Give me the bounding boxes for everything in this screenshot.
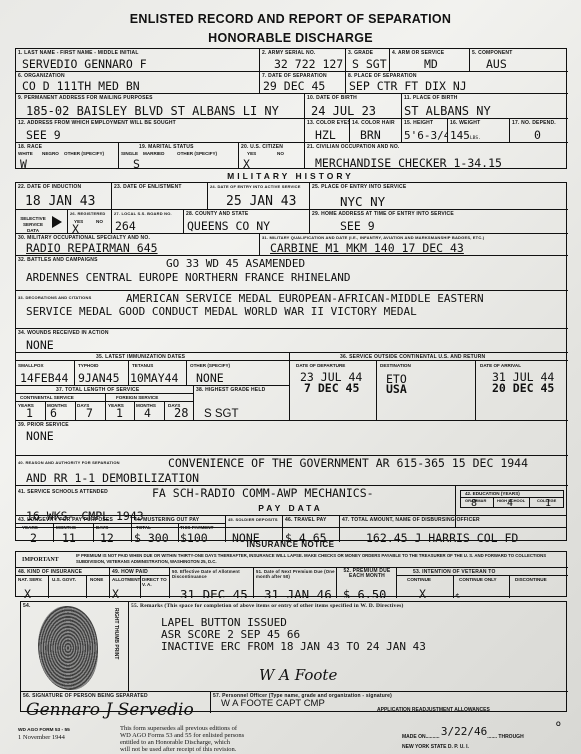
corner-mark: O	[556, 722, 561, 728]
highest-grade-value: S SGT	[204, 408, 239, 420]
field-height: 15. Height 5'6-3/4"	[402, 119, 448, 143]
kind-insurance-value: X	[24, 587, 31, 598]
field-immunization: 35. Latest Immunization Dates Smallpox T…	[16, 353, 290, 386]
organization-value: CO D 111TH MED BN	[22, 79, 140, 93]
field-color-hair: 14. Color Hair BRN	[350, 119, 402, 143]
decorations-line2: SERVICE MEDAL GOOD CONDUCT MEDAL WORLD W…	[26, 305, 417, 318]
foreign-years: 1	[116, 406, 123, 420]
veteran-signature: Gennaro J Servedio	[26, 700, 194, 720]
discharge-form-page: ENLISTED RECORD AND REPORT OF SEPARATION…	[0, 0, 581, 754]
place-birth-value: ST ALBANS NY	[404, 104, 491, 118]
occupational-specialty-value: RADIO REPAIRMAN 645	[26, 241, 158, 255]
tetanus-value: 10MAY44	[130, 371, 178, 385]
component-value: AUS	[486, 57, 507, 71]
field-home-address-entry: 29. Home Address at Time of Entry into S…	[310, 210, 568, 234]
field-permanent-address: 9. Permanent Address for Mailing Purpose…	[16, 94, 305, 119]
form-subtitle: HONORABLE DISCHARGE	[0, 31, 581, 45]
departure-2: 7 DEC 45	[304, 381, 359, 395]
selective-service-data: Selective Service Data	[16, 210, 68, 234]
name-value: SERVEDIO GENNARO F	[22, 57, 147, 71]
continental-months: 6	[50, 406, 57, 420]
destination-2: USA	[386, 382, 407, 396]
field-soldier-deposits: 45. Soldier Deposits NONE	[226, 516, 283, 542]
dependents-value: 0	[534, 128, 541, 142]
made-on-date: 3/22/46	[441, 725, 487, 738]
color-hair-value: BRN	[360, 128, 381, 142]
schools-line1: FA SCH-RADIO COMM-AWP MECHANICS-	[152, 486, 374, 500]
agency-name: NEW YORK STATE D. P. U. I.	[402, 744, 469, 750]
field-prior-service: 39. Prior Service NONE	[16, 421, 568, 456]
battles-note: GO 33 WD 45 ASAMENDED	[166, 257, 305, 270]
smallpox-value: 14FEB44	[20, 371, 68, 385]
date-birth-value: 24 JUL 23	[311, 104, 376, 118]
field-longevity: 43. Longevity for Pay Purposes Years Mon…	[16, 516, 132, 542]
arrow-right-icon	[52, 216, 62, 228]
field-color-eyes: 13. Color Eyes HZL	[305, 119, 350, 143]
field-mustering-out-pay: 44. Mustering Out Pay Total This Payment…	[132, 516, 226, 542]
field-occupational-specialty: 30. Military Occupational Specialty and …	[16, 234, 260, 256]
how-paid-value: X	[112, 587, 119, 598]
arm-service-value: MD	[424, 57, 438, 71]
foreign-days: 28	[174, 406, 188, 420]
field-name: 1. Last Name - First Name - Middle Initi…	[16, 49, 260, 72]
field-allotment-discontinuance: 50. Effective Date of Allotment Disconti…	[170, 568, 254, 598]
field-weight: 16. Weight 145LBS.	[448, 119, 510, 143]
field-highest-grade: 38. Highest Grade Held S SGT	[194, 386, 290, 421]
field-next-premium-due: 51. Date of Next Premium Due (One month …	[254, 568, 337, 598]
thumb-print-label: RIGHT THUMB PRINT	[113, 608, 119, 659]
county-state-value: QUEENS CO NY	[187, 219, 270, 233]
field-how-paid: 49. How Paid Allotment Direct to V. A. X	[110, 568, 170, 598]
officer-signature: W A Foote	[259, 666, 337, 684]
field-county-state: 28. County and State QUEENS CO NY	[184, 210, 310, 234]
field-employment-address: 12. Address from which employment will b…	[16, 119, 305, 143]
field-total-amount: 47. Total Amount, Name of Disbursing Off…	[340, 516, 568, 542]
military-history-section: 22. Date of Induction 18 JAN 43 23. Date…	[15, 182, 567, 528]
insurance-notice-heading: INSURANCE NOTICE	[0, 540, 581, 549]
date-active-service-value: 25 JAN 43	[226, 194, 296, 209]
field-personnel-officer: 57. Personnel Officer (Type name, grade …	[211, 692, 568, 713]
field-us-citizen: 20. U.S. Citizen Yes No X	[239, 143, 305, 168]
form-title: ENLISTED RECORD AND REPORT OF SEPARATION	[0, 12, 581, 26]
place-entry-value: NYC NY	[340, 194, 385, 209]
field-premium-due: 52. Premium Due Each Month $ 6.50	[337, 568, 397, 598]
other-immunization-value: NONE	[196, 371, 224, 385]
field-military-qualification: 31. Military Qualification and Date (i.e…	[260, 234, 568, 256]
place-separation-value: SEP CTR FT DIX NJ	[349, 79, 467, 93]
field-date-separation: 7. Date of Separation 29 DEC 45	[260, 72, 346, 94]
decorations-line1: AMERICAN SERVICE MEDAL EUROPEAN-AFRICAN-…	[126, 292, 484, 305]
field-local-board: 27. Local S.S. Board No. 264	[112, 210, 184, 234]
reason-line2: AND RR 1-1 DEMOBILIZATION	[26, 471, 199, 485]
serial-no-value: 32 722 127	[274, 57, 343, 71]
field-battles-campaigns: 32. Battles and Campaigns GO 33 WD 45 AS…	[16, 256, 568, 291]
color-eyes-value: HZL	[315, 128, 336, 142]
continental-days: 7	[86, 406, 93, 420]
application-made-on: MADE ON.......... 3/22/46....... THROUGH	[402, 728, 524, 741]
field-date-active-service: 24. Date of Entry into Active Service 25…	[208, 183, 310, 210]
civilian-occupation-value: MERCHANDISE CHECKER 1-34.15	[315, 156, 502, 168]
field-marital-status: 19. Marital Status Single Married Other …	[119, 143, 239, 168]
intention-continue-only-value: $	[455, 592, 460, 598]
field-organization: 6. Organization CO D 111TH MED BN	[16, 72, 260, 94]
weight-value: 145LBS.	[450, 129, 481, 142]
marital-status-value: S	[133, 157, 140, 168]
field-service-outside-us: 36. Service Outside Continental U.S. and…	[290, 353, 568, 421]
pay-data-section: 43. Longevity for Pay Purposes Years Mon…	[15, 515, 567, 541]
field-civilian-occupation: 21. Civilian Occupation and No. MERCHAND…	[305, 143, 568, 168]
date-induction-value: 18 JAN 43	[25, 194, 95, 209]
local-board-value: 264	[115, 219, 136, 233]
remarks-section: 54. RIGHT THUMB PRINT 55. Remarks (This …	[20, 601, 567, 712]
allotment-discontinuance-value: 31 DEC 45	[180, 587, 248, 598]
field-race: 18. Race White Negro Other (specify) W	[16, 143, 119, 168]
personnel-officer-value: W A FOOTE CAPT CMP	[221, 698, 325, 709]
form-id: WD AGO FORM 53 - 55 1 November 1944	[18, 727, 70, 741]
field-registered: 26. Registered Yes No X	[68, 210, 112, 234]
insurance-notice: IMPORTANT IF PREMIUM IS NOT PAID WHEN DU…	[16, 552, 568, 568]
field-grade: 3. Grade S SGT	[346, 49, 390, 72]
field-kind-insurance: 48. Kind of Insurance Nat. Serv. U.S. Go…	[16, 568, 110, 598]
field-date-birth: 10. Date of Birth 24 JUL 23	[305, 94, 402, 119]
field-dependents: 17. No. Depend. 0	[510, 119, 568, 143]
field-place-entry: 25. Place of Entry into Service NYC NY	[310, 183, 568, 210]
field-reason-separation: 40. Reason and Authority for Separation …	[16, 456, 568, 486]
field-component: 5. Component AUS	[470, 49, 568, 72]
premium-due-value: $ 6.50	[343, 588, 386, 598]
field-arm-service: 4. Arm or Service MD	[390, 49, 470, 72]
typhoid-value: 9JAN45	[78, 371, 120, 385]
home-address-entry-value: SEE 9	[340, 219, 375, 233]
field-total-length-service: 37. Total Length of Service Continental …	[16, 386, 194, 421]
prior-service-value: NONE	[26, 429, 54, 443]
field-date-enlistment: 23. Date of Enlistment	[112, 183, 208, 210]
insurance-notice-text: IF PREMIUM IS NOT PAID WHEN DUE OR WITHI…	[76, 553, 564, 565]
field-serial-no: 2. Army Serial No. 32 722 127	[260, 49, 346, 72]
field-wounds: 34. Wounds Received in Action NONE	[16, 329, 568, 353]
battles-campaigns-value: ARDENNES CENTRAL EUROPE NORTHERN FRANCE …	[26, 271, 351, 284]
date-separation-value: 29 DEC 45	[263, 79, 325, 93]
reason-line1: CONVENIENCE OF THE GOVERNMENT AR 615-365…	[168, 456, 528, 470]
race-value: W	[20, 157, 27, 168]
field-intention-veteran: 53. Intention of Veteran to Continue Con…	[397, 568, 568, 598]
supersedes-note: This form supersedes all previous editio…	[120, 725, 244, 753]
personal-info-section: 1. Last Name - First Name - Middle Initi…	[15, 48, 567, 169]
field-travel-pay: 46. Travel Pay $ 4.65	[283, 516, 340, 542]
pay-data-heading: PAY DATA	[0, 503, 581, 513]
field-decorations: 33. Decorations and Citations AMERICAN S…	[16, 291, 568, 329]
wounds-value: NONE	[26, 338, 54, 352]
thumb-print-image	[38, 606, 98, 690]
foreign-months: 4	[144, 406, 151, 420]
field-place-separation: 8. Place of Separation SEP CTR FT DIX NJ	[346, 72, 568, 94]
height-value: 5'6-3/4"	[404, 129, 448, 142]
insurance-section: IMPORTANT IF PREMIUM IS NOT PAID WHEN DU…	[15, 551, 567, 597]
employment-address-value: SEE 9	[26, 128, 61, 142]
continental-years: 1	[26, 406, 33, 420]
registered-value: X	[72, 222, 79, 234]
permanent-address-value: 185-02 BAISLEY BLVD ST ALBANS LI NY	[26, 104, 279, 118]
field-remarks: 55. Remarks (This space for completion o…	[129, 602, 568, 692]
intention-continue-value: X	[419, 587, 426, 598]
arrival-2: 20 DEC 45	[492, 381, 554, 395]
grade-value: S SGT	[352, 57, 387, 71]
military-qualification-value: CARBINE M1 MKM 140 17 DEC 43	[270, 241, 464, 255]
next-premium-due-value: 31 JAN 46	[264, 587, 332, 598]
us-citizen-value: X	[243, 157, 250, 168]
field-place-birth: 11. Place of Birth ST ALBANS NY	[402, 94, 568, 119]
remark-line-3: INACTIVE ERC FROM 18 JAN 43 TO 24 JAN 43	[161, 640, 426, 653]
military-history-heading: MILITARY HISTORY	[0, 171, 581, 181]
field-date-induction: 22. Date of Induction 18 JAN 43	[16, 183, 112, 210]
